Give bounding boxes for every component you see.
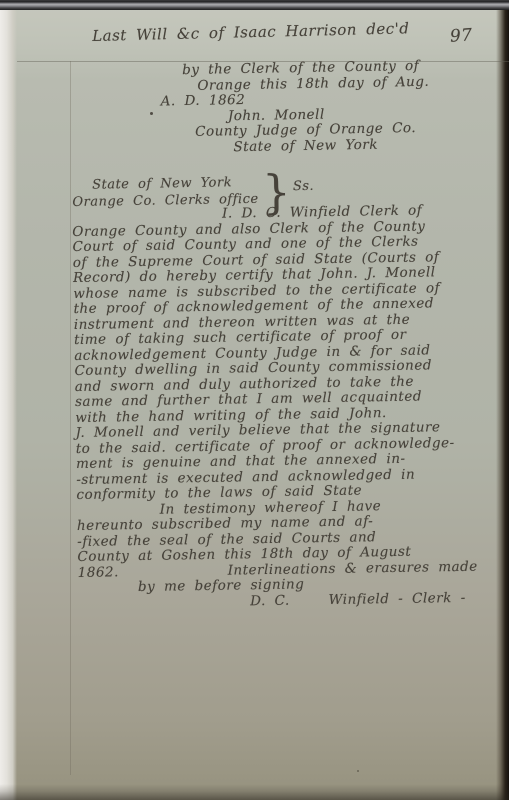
certificate-body: I. D. C. Winfield Clerk of Orange County…: [72, 203, 478, 612]
margin-rule-line: [70, 61, 71, 775]
signature-initials: D. C.: [250, 592, 290, 609]
date-year: 1862.: [78, 564, 119, 581]
scanned-manuscript-page: Last Will &c of Isaac Harrison dec'd 97 …: [0, 0, 509, 800]
ss-abbreviation: Ss.: [293, 179, 314, 194]
scanner-edge-top: [0, 0, 509, 10]
manuscript-line: Orange this 18th day of Aug.: [197, 73, 429, 93]
signature-name: Winfield - Clerk -: [328, 589, 465, 607]
page-number: 97: [449, 25, 473, 47]
manuscript-line: State of New York: [233, 135, 430, 154]
page-bottom-shadow: [0, 784, 509, 800]
page-title: Last Will &c of Isaac Harrison dec'd: [92, 19, 410, 45]
book-page-edges: [0, 10, 17, 800]
erasures-note: Interlineations & erasures made: [228, 558, 478, 578]
certification-intro: by the Clerk of the County of Orange thi…: [72, 58, 430, 157]
ink-speck: [357, 770, 359, 772]
book-gutter-shadow: [496, 10, 509, 800]
